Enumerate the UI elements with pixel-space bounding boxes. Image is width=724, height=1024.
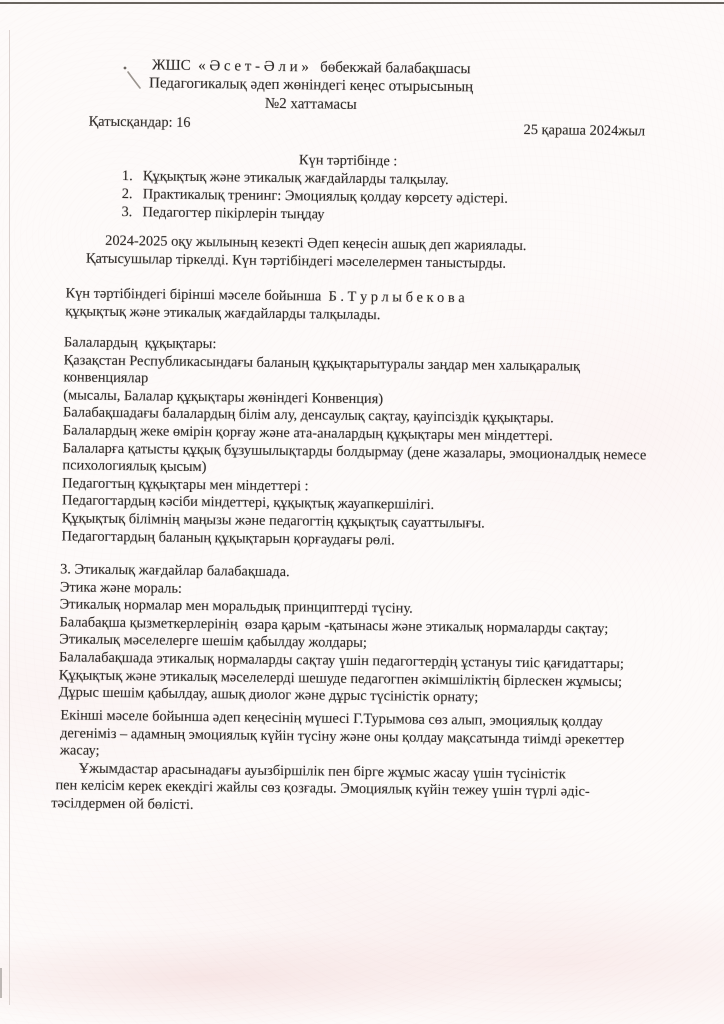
agenda-item-number: 3. <box>121 204 142 222</box>
ethics-section: 3. Этикалық жағдайлар балабақшада. Этика… <box>59 561 626 709</box>
scanned-page: ЖШС « Ә с е т - Ә л и » бөбекжай балабақ… <box>0 0 724 1024</box>
document-date: 25 қараша 2024жыл <box>523 122 645 141</box>
participants-count: Қатысқандар: 16 <box>89 114 191 133</box>
agenda-item-number: 1. <box>122 168 143 186</box>
document-header: ЖШС « Ә с е т - Ә л и » бөбекжай балабақ… <box>4 55 619 118</box>
second-issue-paragraph: Екінші мәселе бойынша әдеп кеңесінің мүш… <box>59 707 624 819</box>
children-rights-section: Балалардың құқықтары: Қазақстан Республи… <box>61 334 647 552</box>
agenda-item-number: 2. <box>122 186 143 204</box>
agenda-item-text: Құқықтық және этикалық жағдайларды талқы… <box>143 168 449 188</box>
intro-paragraph: 2024-2025 оқу жылының кезекті Әдеп кеңес… <box>86 233 527 274</box>
agenda-list: 1.Құқықтық және этикалық жағдайларды тал… <box>121 168 508 226</box>
document-content: ЖШС « Ә с е т - Ә л и » бөбекжай балабақ… <box>0 0 724 1024</box>
agenda-item-text: Практикалық тренинг: Эмоциялық қолдау кө… <box>143 186 508 206</box>
first-issue-paragraph: Күн тәртібіндегі бірінші мәселе бойынша … <box>65 285 465 325</box>
agenda-item-text: Педагогтер пікірлерін тыңдау <box>142 204 324 222</box>
